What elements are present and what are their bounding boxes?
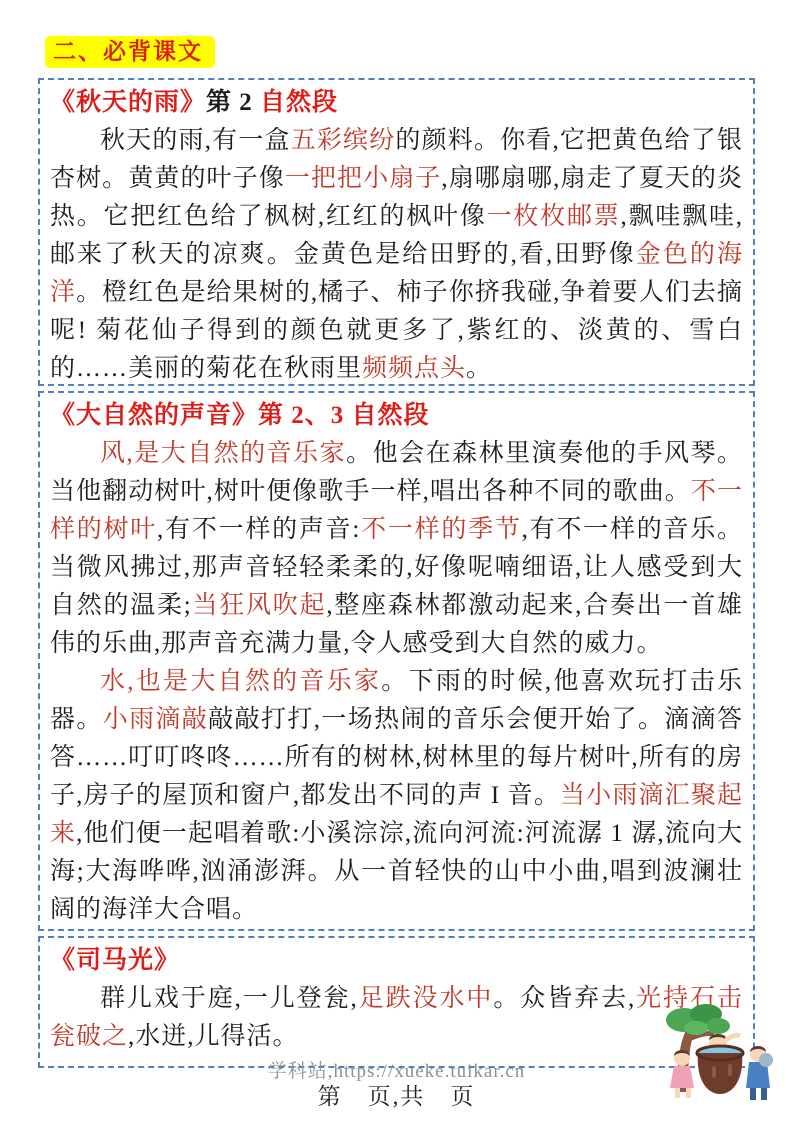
- text-run: 第 2: [206, 89, 260, 116]
- highlighted-phrase: 《秋天的雨》: [50, 89, 206, 116]
- jar-with-child: [697, 1034, 743, 1094]
- highlighted-phrase: 五彩缤纷: [291, 127, 396, 154]
- passage-paragraph: 群儿戏于庭,一儿登瓮,足跌没水中。众皆弃去,光持石击瓮破之,水迸,儿得活。: [50, 980, 743, 1056]
- highlighted-phrase: 小雨滴敲: [103, 706, 209, 733]
- highlighted-phrase: 《大自然的声音》第 2、3 自然段: [50, 402, 430, 429]
- highlighted-phrase: 一枚枚邮票: [487, 203, 621, 230]
- boy-with-stone-figure: [746, 1046, 773, 1100]
- highlighted-phrase: 足跌没水中: [358, 985, 494, 1012]
- children-jar-tree-graphic: [648, 996, 780, 1108]
- passage-paragraph: 水,也是大自然的音乐家。下雨的时候,他喜欢玩打击乐器。小雨滴敲敲敲打打,一场热闹…: [50, 663, 743, 929]
- passage-body: 秋天的雨,有一盒五彩缤纷的颜料。你看,它把黄色给了银杏树。黄黄的叶子像一把把小扇…: [50, 122, 743, 388]
- document-page: 二、必背课文 《秋天的雨》第 2 自然段 秋天的雨,有一盒五彩缤纷的颜料。你看,…: [0, 0, 793, 1122]
- highlighted-phrase: 一把把小扇子: [285, 165, 442, 192]
- passage-title: 《大自然的声音》第 2、3 自然段: [50, 399, 743, 433]
- passage-box-sounds-of-nature: 《大自然的声音》第 2、3 自然段 风,是大自然的音乐家。他会在森林里演奏他的手…: [38, 391, 755, 931]
- highlighted-phrase: 《司马光》: [50, 947, 180, 974]
- highlighted-phrase: 水,也是大自然的音乐家: [100, 668, 381, 695]
- text-run: 群儿戏于庭,一儿登瓮,: [100, 985, 358, 1012]
- passage-title: 《司马光》: [50, 944, 743, 978]
- highlighted-phrase: 风,是大自然的音乐家: [100, 440, 346, 467]
- highlighted-phrase: 不一样的季节: [360, 516, 521, 543]
- highlighted-phrase: 当狂风吹起: [192, 592, 327, 619]
- highlighted-phrase: 频频点头: [362, 355, 466, 382]
- text-run: ,有不一样的声音:: [157, 516, 360, 543]
- text-run: ,他们便一起唱着歌:小溪淙淙,流向河流:河流潺 1 潺,流向大海;大海哗哗,汹涌…: [50, 820, 743, 923]
- highlighted-phrase: 自然段: [260, 89, 338, 116]
- passage-paragraph: 风,是大自然的音乐家。他会在森林里演奏他的手风琴。当他翻动树叶,树叶便像歌手一样…: [50, 435, 743, 663]
- text-run: 。众皆弃去,: [493, 985, 635, 1012]
- text-run: 秋天的雨,有一盒: [100, 127, 291, 154]
- passage-body: 群儿戏于庭,一儿登瓮,足跌没水中。众皆弃去,光持石击瓮破之,水迸,儿得活。: [50, 980, 743, 1056]
- text-run: 。: [466, 355, 492, 382]
- text-run: ,水迸,儿得活。: [128, 1023, 299, 1050]
- passage-box-autumn-rain: 《秋天的雨》第 2 自然段 秋天的雨,有一盒五彩缤纷的颜料。你看,它把黄色给了银…: [38, 78, 755, 386]
- passage-paragraph: 秋天的雨,有一盒五彩缤纷的颜料。你看,它把黄色给了银杏树。黄黄的叶子像一把把小扇…: [50, 122, 743, 388]
- passage-body: 风,是大自然的音乐家。他会在森林里演奏他的手风琴。当他翻动树叶,树叶便像歌手一样…: [50, 435, 743, 929]
- sima-guang-story-illustration: [648, 996, 780, 1108]
- section-heading: 二、必背课文: [45, 36, 215, 68]
- passage-title: 《秋天的雨》第 2 自然段: [50, 86, 743, 120]
